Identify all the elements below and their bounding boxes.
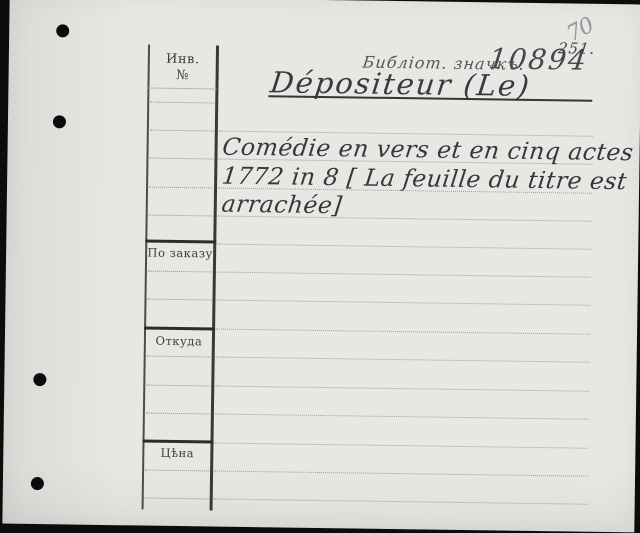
ruled-line	[147, 356, 211, 358]
ruled-line	[146, 413, 210, 415]
handwritten-shelf-number-superscript: 251.	[557, 39, 597, 57]
label-inventory-number-line2: №	[149, 68, 217, 84]
ruled-line	[217, 244, 591, 250]
ruled-line	[150, 130, 214, 132]
ruled-line	[149, 158, 213, 160]
catalog-card: Инв. № По заказу Откуда Цѣна 70 Библіот.…	[2, 0, 640, 532]
body-line: Comédie en vers et en cinq actes	[221, 133, 635, 167]
ruled-line	[145, 498, 209, 500]
ruled-line	[149, 187, 213, 189]
label-inventory-number-line1: Инв.	[149, 52, 217, 68]
ruled-line	[148, 271, 212, 273]
ruled-line	[216, 329, 590, 335]
column-header-rule	[148, 88, 216, 90]
ruled-line	[216, 300, 590, 306]
ruled-line	[214, 499, 588, 505]
punch-hole	[56, 24, 69, 37]
punch-hole	[33, 373, 46, 386]
ruled-line	[147, 299, 211, 301]
body-line: arrachée]	[220, 190, 344, 220]
label-from-where: Откуда	[145, 334, 213, 349]
ruled-line	[145, 470, 209, 472]
ruled-line	[214, 443, 588, 449]
ruled-line	[146, 385, 210, 387]
section-divider	[144, 327, 215, 331]
punch-hole	[53, 115, 66, 128]
section-divider	[142, 440, 213, 444]
punch-hole	[31, 477, 44, 490]
ruled-line	[217, 272, 591, 278]
ruled-line	[150, 102, 214, 104]
label-price: Цѣна	[143, 446, 211, 461]
ruled-line	[216, 357, 590, 363]
scanned-catalog-card-page: Инв. № По заказу Откуда Цѣна 70 Библіот.…	[0, 0, 640, 533]
label-by-order: По заказу	[146, 246, 214, 261]
ruled-line	[215, 386, 589, 392]
ruled-line	[214, 471, 588, 477]
ruled-line	[149, 215, 213, 217]
ruled-line	[215, 414, 589, 420]
section-divider	[145, 240, 216, 244]
